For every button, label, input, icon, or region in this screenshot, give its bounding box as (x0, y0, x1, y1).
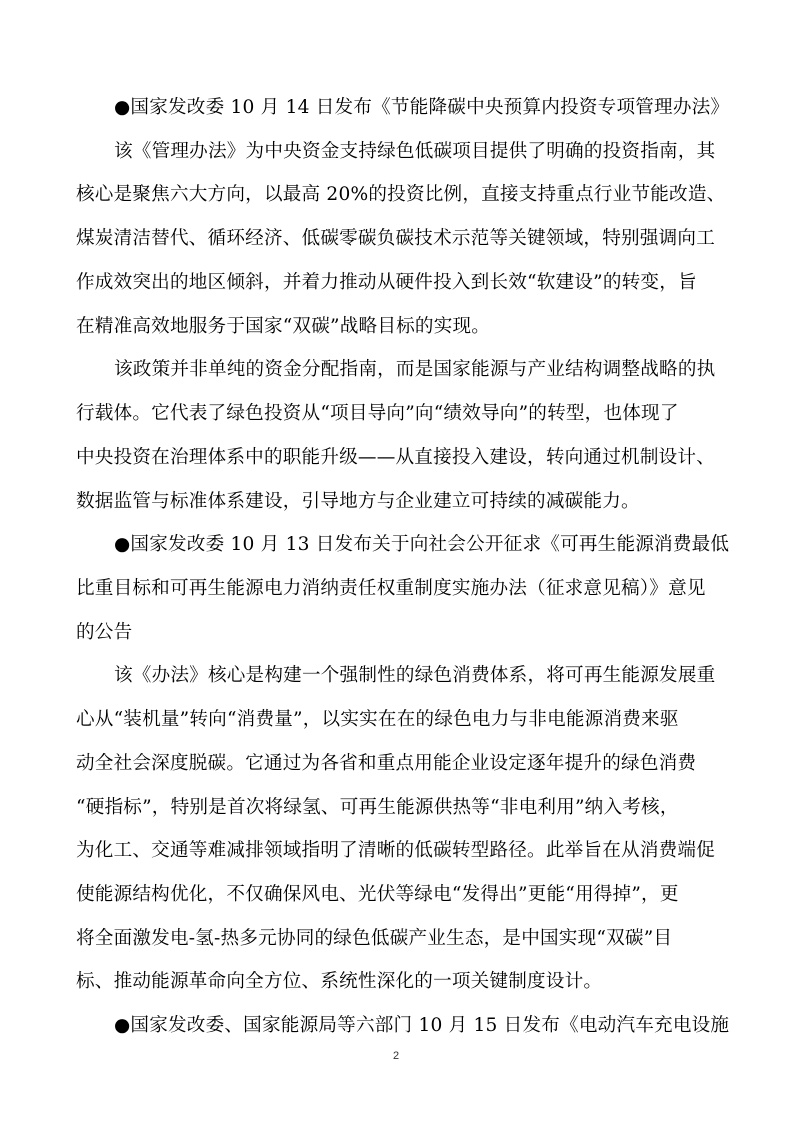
document-page: ●国家发改委 10 月 14 日发布《节能降碳中央预算内投资专项管理办法》该《管… (0, 0, 792, 1124)
paragraph-line: 将全面激发电-氢-热多元协同的绿色低碳产业生态，是中国实现“双碳”目 (76, 927, 716, 951)
paragraph-line: “硬指标”，特别是首次将绿氢、可再生能源供热等“非电利用”纳入考核， (76, 796, 716, 820)
paragraph-line: 为化工、交通等难减排领域指明了清晰的低碳转型路径。此举旨在从消费端促 (76, 839, 716, 863)
page-number: 2 (0, 1050, 792, 1062)
paragraph-line: 该《办法》核心是构建一个强制性的绿色消费体系，将可再生能源发展重 (114, 664, 716, 688)
bullet-heading-line: ●国家发改委、国家能源局等六部门 10 月 15 日发布《电动汽车充电设施 (114, 1014, 716, 1038)
paragraph-line: 比重目标和可再生能源电力消纳责任权重制度实施办法（征求意见稿）》意见 (76, 577, 716, 601)
paragraph-line: 的公告 (76, 621, 716, 645)
paragraph-line: 煤炭清洁替代、循环经济、低碳零碳负碳技术示范等关键领域，特别强调向工 (76, 227, 716, 251)
paragraph-line: 动全社会深度脱碳。它通过为各省和重点用能企业设定逐年提升的绿色消费 (76, 752, 716, 776)
paragraph-line: 数据监管与标准体系建设，引导地方与企业建立可持续的减碳能力。 (76, 490, 716, 514)
paragraph-line: 心从“装机量”转向“消费量”，以实实在在的绿色电力与非电能源消费来驱 (76, 708, 716, 732)
paragraph-line: 在精准高效地服务于国家“双碳”战略目标的实现。 (76, 315, 716, 339)
bullet-heading-line: ●国家发改委 10 月 13 日发布关于向社会公开征求《可再生能源消费最低 (114, 533, 716, 557)
paragraph-line: 使能源结构优化，不仅确保风电、光伏等绿电“发得出”更能“用得掉”，更 (76, 883, 716, 907)
paragraph-line: 中央投资在治理体系中的职能升级——从直接投入建设，转向通过机制设计、 (76, 446, 716, 470)
paragraph-line: 行载体。它代表了绿色投资从“项目导向”向“绩效导向”的转型，也体现了 (76, 402, 716, 426)
paragraph-line: 该《管理办法》为中央资金支持绿色低碳项目提供了明确的投资指南，其 (114, 140, 716, 164)
paragraph-line: 核心是聚焦六大方向，以最高 20%的投资比例，直接支持重点行业节能改造、 (76, 183, 716, 207)
paragraph-line: 作成效突出的地区倾斜，并着力推动从硬件投入到长效“软建设”的转变，旨 (76, 271, 716, 295)
paragraph-line: 该政策并非单纯的资金分配指南，而是国家能源与产业结构调整战略的执 (114, 358, 716, 382)
paragraph-line: 标、推动能源革命向全方位、系统性深化的一项关键制度设计。 (76, 970, 716, 994)
bullet-heading-line: ●国家发改委 10 月 14 日发布《节能降碳中央预算内投资专项管理办法》 (114, 96, 716, 120)
